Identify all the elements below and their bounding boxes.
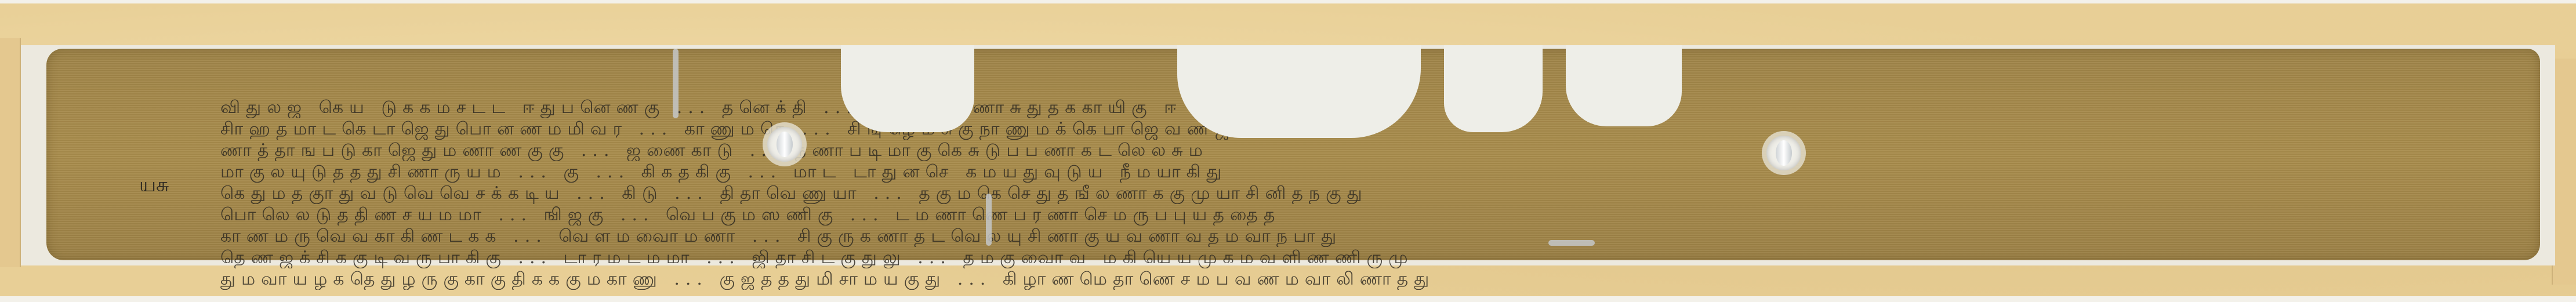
text-line: பொலெலடுததிணசயமமா ... ஙிஜகு ... வெபகுமஸணி…	[220, 205, 2540, 225]
text-line: காணமருவெவகாகிணடகக ... வெளமவைாமணா ... சிக…	[220, 226, 2540, 247]
text-line: துமவாயழகதெதுழருகுகாகுதிகககுமகாணு ... குஜ…	[220, 269, 2540, 290]
worm-track	[673, 49, 679, 118]
card-right-flap	[2552, 59, 2576, 285]
binding-hole	[767, 127, 802, 162]
worm-track	[986, 194, 992, 246]
damage-gap	[1177, 45, 1421, 138]
text-line: மாகுலயுடுதததுசிணாருயம ... கு ... கிகதகிக…	[220, 162, 2540, 183]
damage-gap	[1444, 45, 1543, 132]
damage-gap	[1566, 45, 1682, 126]
text-line: ணாத்தாஙபடுகாஜெதுமணாணகுகு ... ஜணைகாடு ...…	[220, 140, 2540, 161]
card-left-flap	[0, 38, 21, 267]
worm-track	[1548, 240, 1595, 246]
palm-leaf: யசு விதுலஜ கெய டுககமசடட ஈதுபனெணகு ... தன…	[46, 49, 2540, 260]
binding-hole	[1766, 136, 1801, 170]
text-line: தெணஜக்சிககுடிவருபாகிகு ... டாரமடமமா ... …	[220, 248, 2540, 268]
text-line: கெதுமதகுாதுவடுவெவெசக்கடிய ... கிடு ... த…	[220, 183, 2540, 204]
margin-note: யசு	[139, 173, 169, 199]
damage-gap	[841, 45, 974, 132]
mount-card: யசு விதுலஜ கெய டுககமசடட ஈதுபனெணகு ... தன…	[0, 3, 2576, 296]
